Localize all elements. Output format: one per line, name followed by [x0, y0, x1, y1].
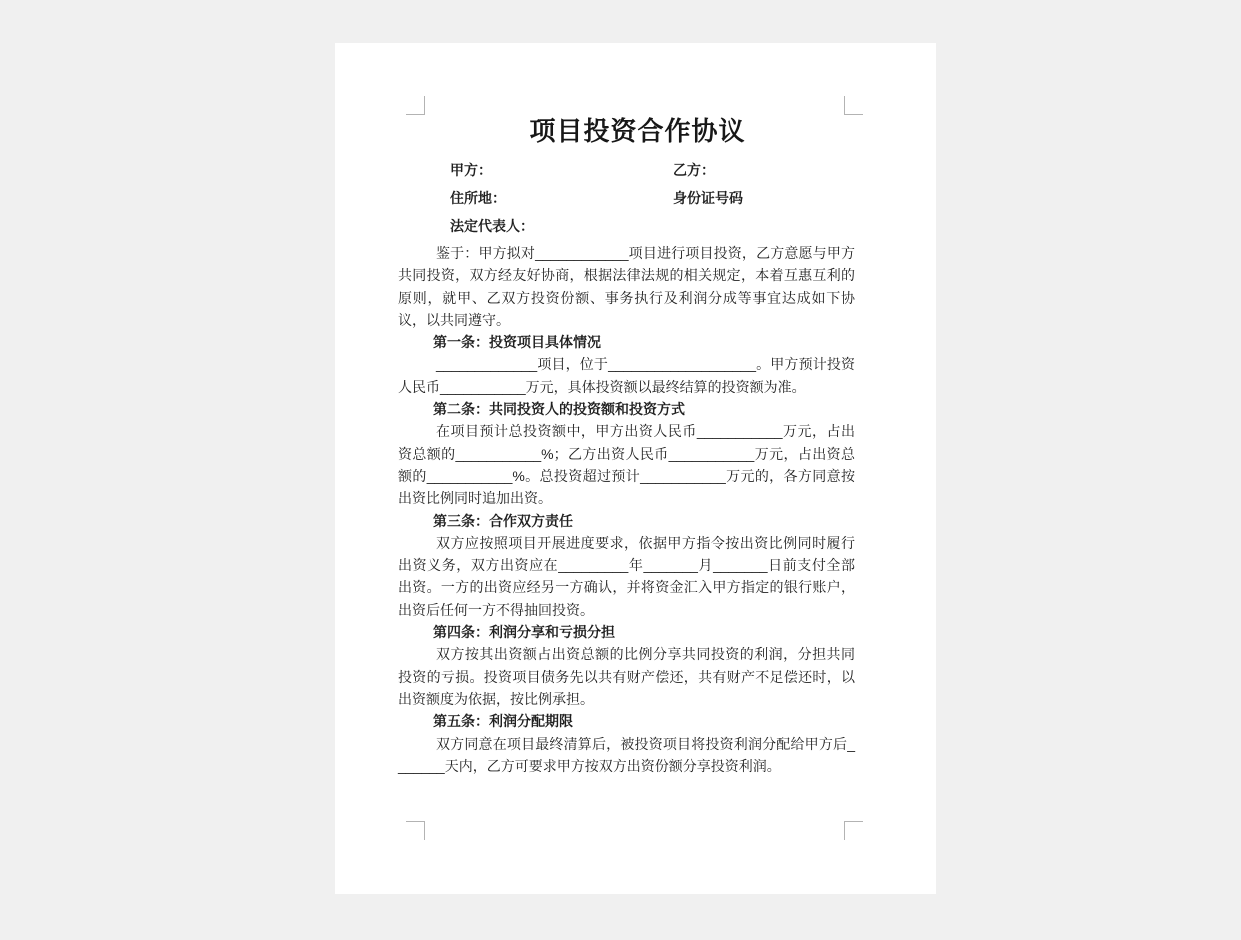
- document-title: 项目投资合作协议: [420, 113, 855, 149]
- clause-1-body: _____________项目，位于___________________。甲方…: [398, 353, 855, 398]
- party-row-1: 甲方： 乙方：: [398, 156, 855, 184]
- party-b-label: 乙方：: [673, 156, 715, 184]
- preamble-paragraph: 鉴于：甲方拟对____________项目进行项目投资，乙方意愿与甲方共同投资，…: [398, 242, 855, 331]
- address-label: 住所地：: [450, 190, 506, 206]
- party-a-label: 甲方：: [450, 162, 492, 178]
- id-number-label: 身份证号码: [673, 184, 743, 212]
- margin-crop-mark-bottom-right: [844, 821, 863, 840]
- clause-3-heading: 第三条：合作双方责任: [398, 510, 855, 532]
- party-row-2: 住所地： 身份证号码: [398, 184, 855, 212]
- document-viewer-canvas: 项目投资合作协议 甲方： 乙方： 住所地： 身份证号码 法定代表人： 鉴于：甲方…: [0, 0, 1241, 940]
- clause-2-body: 在项目预计总投资额中，甲方出资人民币___________万元，占出资总额的__…: [398, 420, 855, 509]
- party-row-3: 法定代表人：: [398, 212, 855, 240]
- clause-4-heading: 第四条：利润分享和亏损分担: [398, 621, 855, 643]
- legal-rep-label: 法定代表人：: [450, 218, 534, 234]
- document-page: 项目投资合作协议 甲方： 乙方： 住所地： 身份证号码 法定代表人： 鉴于：甲方…: [335, 43, 936, 894]
- clause-2-heading: 第二条：共同投资人的投资额和投资方式: [398, 398, 855, 420]
- margin-crop-mark-bottom-left: [406, 821, 425, 840]
- clause-5-heading: 第五条：利润分配期限: [398, 710, 855, 732]
- clause-3-body: 双方应按照项目开展进度要求，依据甲方指令按出资比例同时履行出资义务，双方出资应在…: [398, 532, 855, 621]
- clause-5-body: 双方同意在项目最终清算后，被投资项目将投资利润分配给甲方后_______天内，乙…: [398, 733, 855, 778]
- clause-1-heading: 第一条：投资项目具体情况: [398, 331, 855, 353]
- party-info-block: 甲方： 乙方： 住所地： 身份证号码 法定代表人：: [398, 156, 855, 240]
- clause-4-body: 双方按其出资额占出资总额的比例分享共同投资的利润，分担共同投资的亏损。投资项目债…: [398, 643, 855, 710]
- document-content: 项目投资合作协议 甲方： 乙方： 住所地： 身份证号码 法定代表人： 鉴于：甲方…: [398, 43, 855, 777]
- contract-body: 鉴于：甲方拟对____________项目进行项目投资，乙方意愿与甲方共同投资，…: [398, 242, 855, 777]
